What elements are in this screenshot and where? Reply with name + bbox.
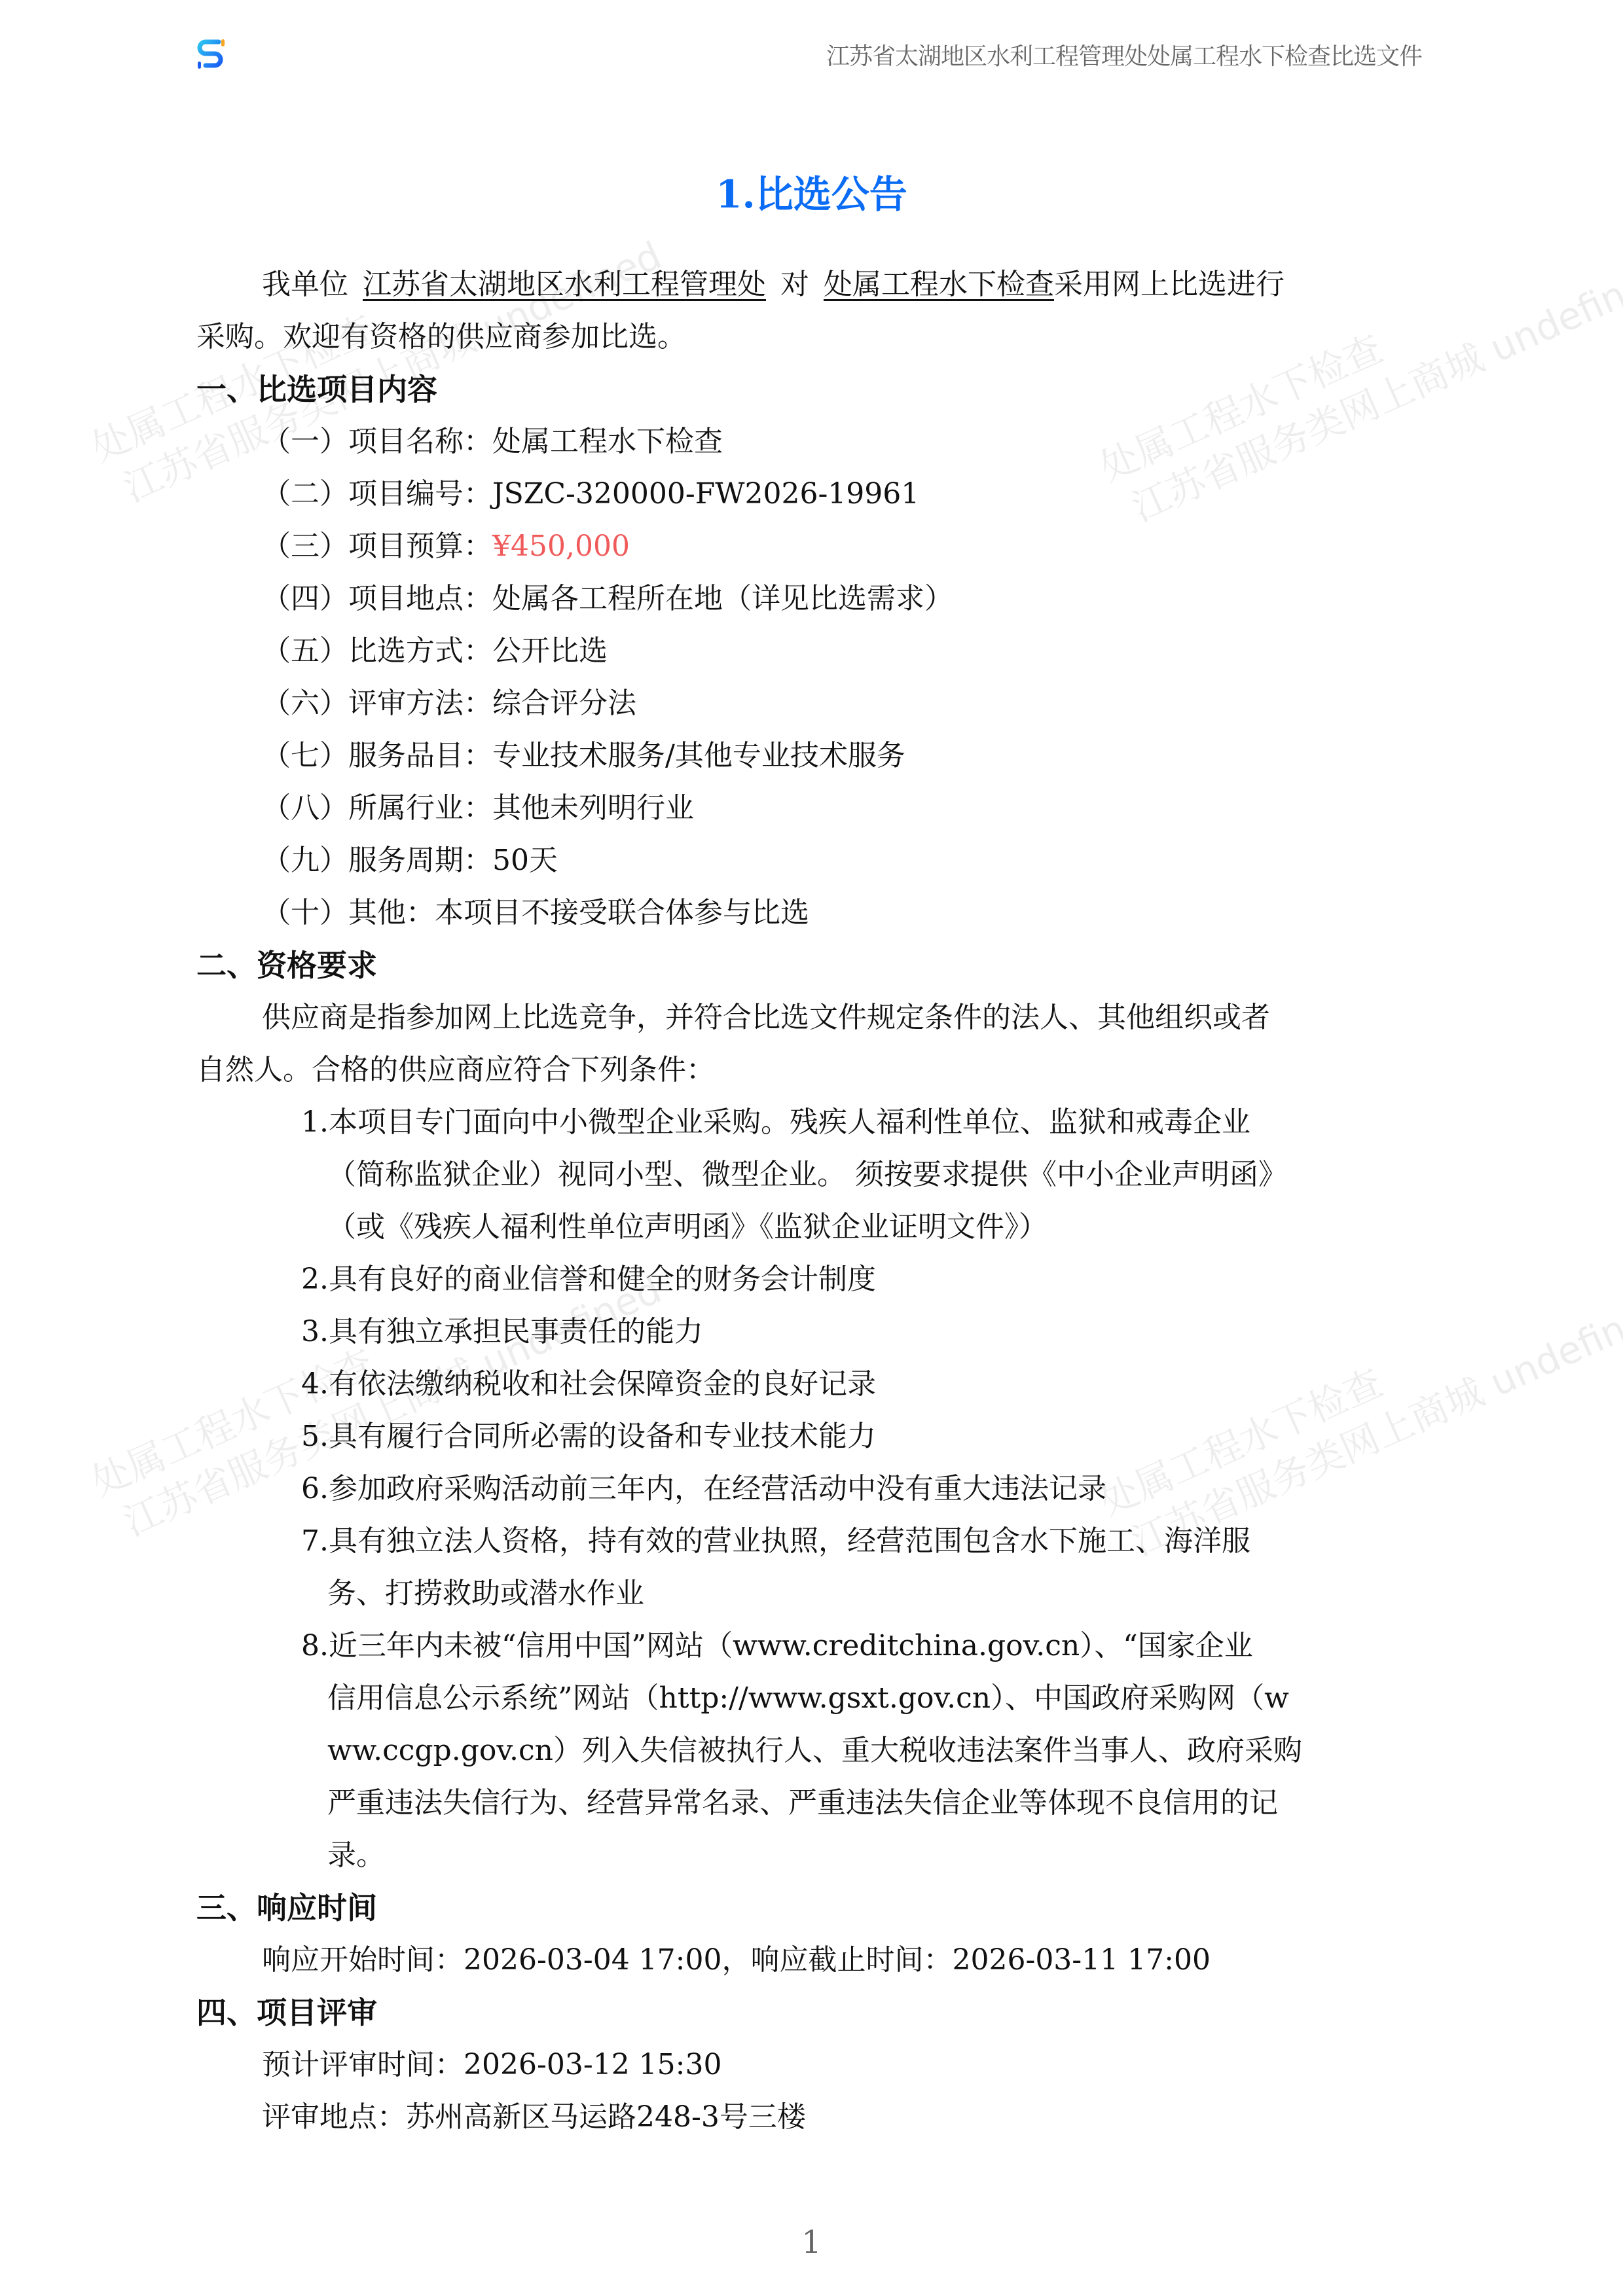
detail-label: （一）项目名称： <box>262 425 492 458</box>
page-title: 1.比选公告 <box>0 164 1623 219</box>
intro-suffix: 采用网上比选进行 <box>1054 268 1285 301</box>
condition-item: 1.本项目专门面向中小微型企业采购。残疾人福利性单位、监狱和戒毒企业 （简称监狱… <box>196 1096 1427 1253</box>
detail-item: （一）项目名称：处属工程水下检查 <box>196 416 1427 468</box>
title-text: 比选公告 <box>756 172 907 217</box>
detail-item: （七）服务品目：专业技术服务/其他专业技术服务 <box>196 730 1427 782</box>
condition-line: 信用信息公示系统”网站（http://www.gsxt.gov.cn）、中国政府… <box>196 1672 1427 1725</box>
condition-line: 1.本项目专门面向中小微型企业采购。残疾人福利性单位、监狱和戒毒企业 <box>196 1096 1427 1149</box>
section-heading-1: 一、比选项目内容 <box>196 363 1427 416</box>
condition-item: 7.具有独立法人资格，持有效的营业执照，经营范围包含水下施工、海洋服 务、打捞救… <box>196 1515 1427 1620</box>
document-name: 江苏省太湖地区水利工程管理处处属工程水下检查比选文件 <box>826 38 1422 71</box>
condition-line: 8.近三年内未被“信用中国”网站（www.creditchina.gov.cn）… <box>196 1620 1427 1672</box>
detail-item: （九）服务周期：50天 <box>196 834 1427 887</box>
detail-label: （五）比选方式： <box>262 634 492 668</box>
condition-line: 务、打捞救助或潜水作业 <box>196 1568 1427 1620</box>
project-details-list: （一）项目名称：处属工程水下检查 （二）项目编号：JSZC-320000-FW2… <box>196 416 1427 939</box>
s-logo-icon <box>195 38 228 72</box>
detail-label: （四）项目地点： <box>262 582 492 615</box>
condition-item: 5.具有履行合同所必需的设备和专业技术能力 <box>196 1410 1427 1463</box>
detail-item: （四）项目地点：处属各工程所在地（详见比选需求） <box>196 573 1427 625</box>
detail-label: （九）服务周期： <box>262 844 492 877</box>
intro-prefix: 我单位 <box>262 268 348 301</box>
document-body: 我单位江苏省太湖地区水利工程管理处对处属工程水下检查采用网上比选进行 采购。欢迎… <box>196 259 1427 2144</box>
detail-label: （六）评审方法： <box>262 687 492 720</box>
condition-line: 7.具有独立法人资格，持有效的营业执照，经营范围包含水下施工、海洋服 <box>196 1515 1427 1568</box>
detail-value: 处属工程水下检查 <box>492 425 723 458</box>
intro-mid: 对 <box>780 268 809 301</box>
condition-line: 录。 <box>196 1829 1427 1882</box>
review-time: 预计评审时间：2026-03-12 15:30 <box>196 2039 1427 2091</box>
condition-item: 6.参加政府采购活动前三年内，在经营活动中没有重大违法记录 <box>196 1463 1427 1515</box>
detail-item: （十）其他：本项目不接受联合体参与比选 <box>196 887 1427 939</box>
section-heading-3: 三、响应时间 <box>196 1882 1427 1934</box>
condition-line: 严重违法失信行为、经营异常名录、严重违法失信企业等体现不良信用的记 <box>196 1777 1427 1829</box>
detail-item: （二）项目编号：JSZC-320000-FW2026-19961 <box>196 468 1427 520</box>
org-name: 江苏省太湖地区水利工程管理处 <box>363 268 766 301</box>
intro-line-1: 我单位江苏省太湖地区水利工程管理处对处属工程水下检查采用网上比选进行 <box>196 259 1427 311</box>
detail-value: 公开比选 <box>492 634 608 668</box>
detail-label: （八）所属行业： <box>262 791 492 825</box>
qualification-intro-1: 供应商是指参加网上比选竞争，并符合比选文件规定条件的法人、其他组织或者 <box>196 992 1427 1044</box>
condition-item: 3.具有独立承担民事责任的能力 <box>196 1306 1427 1358</box>
condition-line: （简称监狱企业）视同小型、微型企业。 须按要求提供《中小企业声明函》 <box>196 1149 1427 1201</box>
budget-value: ¥450,000 <box>492 529 630 563</box>
response-time: 响应开始时间：2026-03-04 17:00，响应截止时间：2026-03-1… <box>196 1934 1427 1986</box>
conditions-list: 1.本项目专门面向中小微型企业采购。残疾人福利性单位、监狱和戒毒企业 （简称监狱… <box>196 1096 1427 1882</box>
detail-value: 处属各工程所在地（详见比选需求） <box>492 582 953 615</box>
detail-value: 综合评分法 <box>492 687 636 720</box>
detail-value: 专业技术服务/其他专业技术服务 <box>492 739 905 772</box>
detail-label: （三）项目预算： <box>262 529 492 563</box>
condition-item: 8.近三年内未被“信用中国”网站（www.creditchina.gov.cn）… <box>196 1620 1427 1882</box>
detail-item: （八）所属行业：其他未列明行业 <box>196 782 1427 834</box>
detail-value: 其他未列明行业 <box>492 791 694 825</box>
condition-line: ww.ccgp.gov.cn）列入失信被执行人、重大税收违法案件当事人、政府采购 <box>196 1725 1427 1777</box>
project-name: 处属工程水下检查 <box>824 268 1054 301</box>
page-header: 江苏省太湖地区水利工程管理处处属工程水下检查比选文件 <box>0 34 1623 73</box>
detail-value: JSZC-320000-FW2026-19961 <box>492 477 919 511</box>
detail-value: 50天 <box>492 844 558 877</box>
section-heading-2: 二、资格要求 <box>196 939 1427 992</box>
review-place: 评审地点：苏州高新区马运路248-3号三楼 <box>196 2091 1427 2144</box>
detail-value: 本项目不接受联合体参与比选 <box>435 896 809 929</box>
detail-label: （七）服务品目： <box>262 739 492 772</box>
detail-label: （十）其他： <box>262 896 435 929</box>
detail-item: （五）比选方式：公开比选 <box>196 625 1427 677</box>
qualification-intro-2: 自然人。合格的供应商应符合下列条件： <box>196 1044 1427 1096</box>
condition-item: 4.有依法缴纳税收和社会保障资金的良好记录 <box>196 1358 1427 1410</box>
section-heading-4: 四、项目评审 <box>196 1986 1427 2039</box>
detail-item: （六）评审方法：综合评分法 <box>196 677 1427 730</box>
page-number: 1 <box>0 2224 1623 2261</box>
intro-line-2: 采购。欢迎有资格的供应商参加比选。 <box>196 311 1427 363</box>
detail-item: （三）项目预算：¥450,000 <box>196 520 1427 573</box>
condition-item: 2.具有良好的商业信誉和健全的财务会计制度 <box>196 1253 1427 1306</box>
title-number: 1. <box>716 172 756 217</box>
condition-line: （或《残疾人福利性单位声明函》《监狱企业证明文件》） <box>196 1201 1427 1253</box>
detail-label: （二）项目编号： <box>262 477 492 511</box>
